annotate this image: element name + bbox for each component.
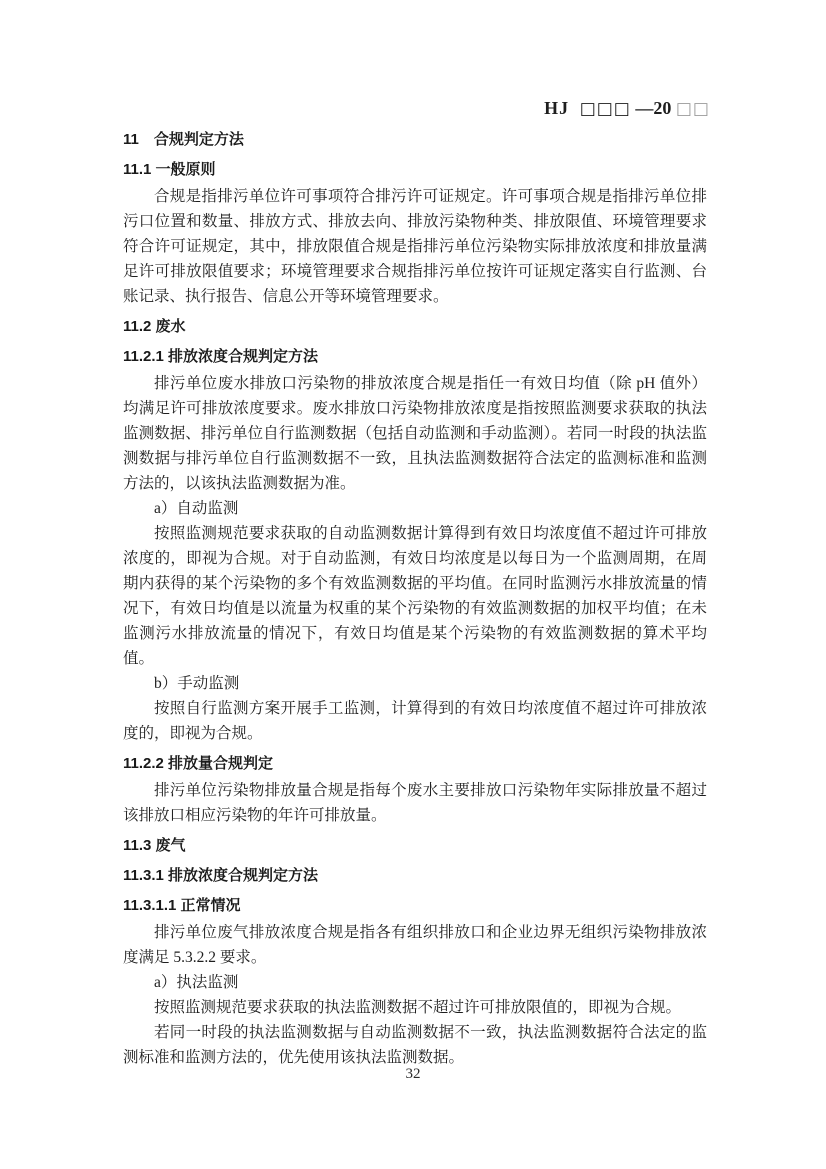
heading-11-2-2-emission-amount: 11.2.2 排放量合规判定	[123, 751, 707, 776]
heading-11-3-1-1-normal-conditions: 11.3.1.1 正常情况	[123, 893, 707, 918]
heading-11-1-general-principles: 11.1 一般原则	[123, 157, 707, 182]
list-item-a-enforcement-monitoring: a）执法监测	[123, 970, 707, 995]
list-item-b-manual-monitoring: b）手动监测	[123, 671, 707, 696]
heading-11-2-1-concentration-method: 11.2.1 排放浓度合规判定方法	[123, 344, 707, 369]
list-item-a-auto-monitoring: a）自动监测	[123, 496, 707, 521]
page-footer: 32	[0, 1066, 826, 1083]
para-manual-monitoring: 按照自行监测方案开展手工监测，计算得到的有效日均浓度值不超过许可排放浓度的，即视…	[123, 696, 707, 746]
para-general-principles: 合规是指排污单位许可事项符合排污许可证规定。许可事项合规是指排污单位排污口位置和…	[123, 184, 707, 309]
standard-number-placeholder-boxes: □□□	[580, 99, 631, 119]
para-enforcement-monitoring: 按照监测规范要求获取的执法监测数据不超过许可排放限值的，即视为合规。	[123, 995, 707, 1020]
para-emission-amount: 排污单位污染物排放量合规是指每个废水主要排放口污染物年实际排放量不超过该排放口相…	[123, 778, 707, 828]
standard-code-header: HJ □□□ —20 □□	[544, 97, 710, 120]
standard-code-prefix: HJ	[544, 98, 569, 118]
heading-11-3-waste-gas: 11.3 废气	[123, 833, 707, 858]
para-waste-gas-concentration: 排污单位废气排放浓度合规是指各有组织排放口和企业边界无组织污染物排放浓度满足 5…	[123, 920, 707, 970]
heading-11-2-wastewater: 11.2 废水	[123, 314, 707, 339]
para-enforcement-data-priority: 若同一时段的执法监测数据与自动监测数据不一致，执法监测数据符合法定的监测标准和监…	[123, 1020, 707, 1070]
heading-11-compliance-determination: 11 合规判定方法	[123, 127, 707, 152]
standard-year-prefix: —20	[635, 98, 671, 118]
document-body: 11 合规判定方法 11.1 一般原则 合规是指排污单位许可事项符合排污许可证规…	[123, 122, 707, 1070]
standard-year-placeholder-boxes: □□	[676, 99, 710, 119]
document-page: HJ □□□ —20 □□ 11 合规判定方法 11.1 一般原则 合规是指排污…	[0, 0, 826, 1169]
para-auto-monitoring: 按照监测规范要求获取的自动监测数据计算得到有效日均浓度值不超过许可排放浓度的，即…	[123, 521, 707, 671]
page-number: 32	[406, 1066, 421, 1082]
heading-11-3-1-concentration-method: 11.3.1 排放浓度合规判定方法	[123, 863, 707, 888]
para-wastewater-concentration: 排污单位废水排放口污染物的排放浓度合规是指任一有效日均值（除 pH 值外）均满足…	[123, 371, 707, 496]
